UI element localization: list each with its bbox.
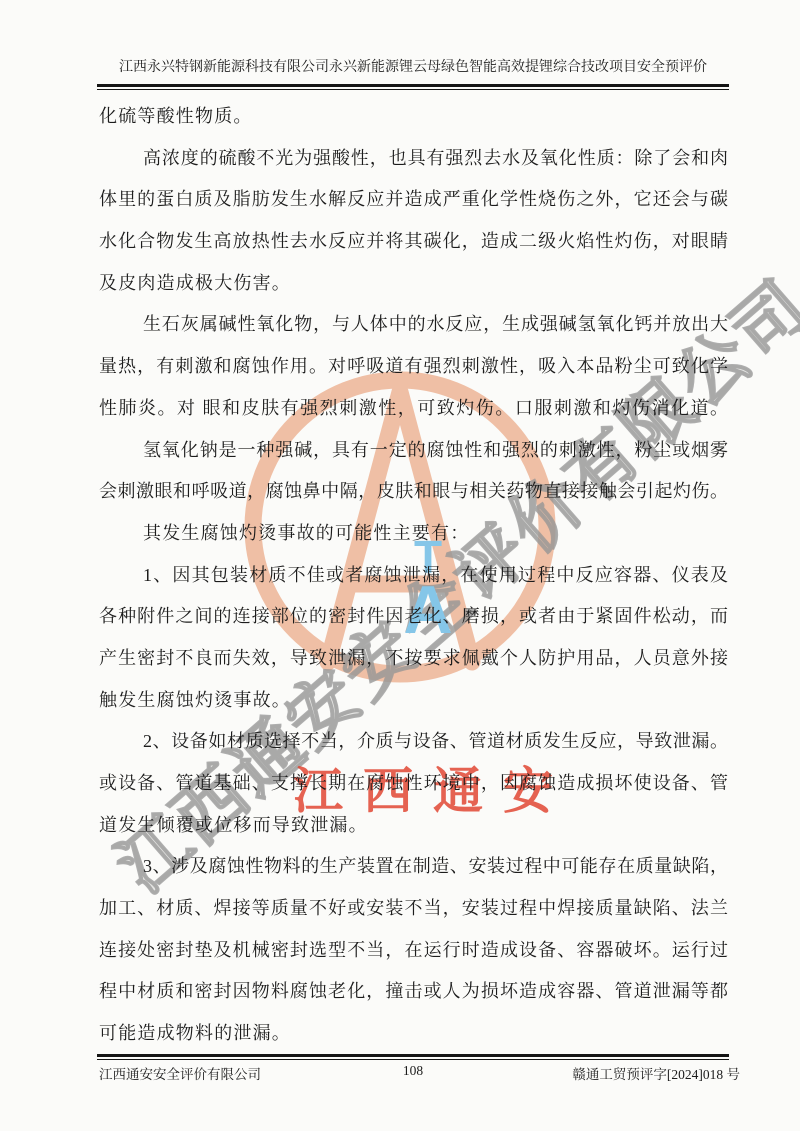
body-line: 道发生倾覆或位移而导致泄漏。 (99, 805, 728, 847)
body-line: 连接处密封垫及机械密封选型不当，在运行时造成设备、容器破坏。运行过 (99, 930, 728, 972)
body-line: 量热，有刺激和腐蚀作用。对呼吸道有强烈刺激性，吸入本品粉尘可致化学 (99, 346, 728, 388)
body-line: 水化合物发生高放热性去水反应并将其碳化，造成二级火焰性灼伤，对眼睛 (99, 221, 728, 263)
body-line: 其发生腐蚀灼烫事故的可能性主要有： (99, 513, 728, 555)
body-line: 加工、材质、焊接等质量不好或安装不当，安装过程中焊接质量缺陷、法兰 (99, 888, 728, 930)
body-line: 可能造成物料的泄漏。 (99, 1013, 728, 1055)
body-line: 2、设备如材质选择不当，介质与设备、管道材质发生反应，导致泄漏。 (99, 721, 728, 763)
body-line: 触发生腐蚀灼烫事故。 (99, 680, 728, 722)
body-line: 程中材质和密封因物料腐蚀老化，撞击或人为损坏造成容器、管道泄漏等都 (99, 971, 728, 1013)
body-line: 3、涉及腐蚀性物料的生产装置在制造、安装过程中可能存在质量缺陷， (99, 846, 728, 888)
body-line: 或设备、管道基础、支撑长期在腐蚀性环境中，因腐蚀造成损坏使设备、管 (99, 763, 728, 805)
body-line: 及皮肉造成极大伤害。 (99, 263, 728, 305)
body-line: 氢氧化钠是一种强碱，具有一定的腐蚀性和强烈的刺激性，粉尘或烟雾 (99, 430, 728, 472)
footer-document-number: 赣通工贸预评字[2024]018 号 (572, 1063, 740, 1083)
body-line: 生石灰属碱性氧化物，与人体中的水反应，生成强碱氢氧化钙并放出大 (99, 304, 728, 346)
header-divider (97, 84, 729, 90)
body-line: 会刺激眼和呼吸道，腐蚀鼻中隔，皮肤和眼与相关药物直接接触会引起灼伤。 (99, 471, 728, 513)
footer-divider-thin-line (97, 1059, 729, 1060)
body-line: 体里的蛋白质及脂肪发生水解反应并造成严重化学性烧伤之外，它还会与碳 (99, 179, 728, 221)
footer-company-name: 江西通安安全评价有限公司 (99, 1063, 261, 1083)
body-line: 化硫等酸性物质。 (99, 96, 728, 138)
body-line: 1、因其包装材质不佳或者腐蚀泄漏，在使用过程中反应容器、仪表及 (99, 555, 728, 597)
page-header-title: 江西永兴特钢新能源科技有限公司永兴新能源锂云母绿色智能高效提锂综合技改项目安全预… (97, 56, 729, 76)
body-text: 化硫等酸性物质。高浓度的硫酸不光为强酸性，也具有强烈去水及氧化性质：除了会和肉体… (99, 96, 728, 1055)
text-layer: 江西永兴特钢新能源科技有限公司永兴新能源锂云母绿色智能高效提锂综合技改项目安全预… (0, 0, 800, 1131)
footer-divider (97, 1054, 729, 1060)
header-divider-thin-line (97, 89, 729, 90)
body-line: 性肺炎。对 眼和皮肤有强烈刺激性，可致灼伤。口服刺激和灼伤消化道。 (99, 388, 728, 430)
body-line: 各种附件之间的连接部位的密封件因老化、磨损，或者由于紧固件松动，而 (99, 596, 728, 638)
document-page: 江西通安安全评价有限公司 江西通安 T A 江西永兴特钢新能源科技有限公司永兴新… (0, 0, 800, 1131)
body-line: 产生密封不良而失效，导致泄漏，不按要求佩戴个人防护用品，人员意外接 (99, 638, 728, 680)
body-line: 高浓度的硫酸不光为强酸性，也具有强烈去水及氧化性质：除了会和肉 (99, 138, 728, 180)
